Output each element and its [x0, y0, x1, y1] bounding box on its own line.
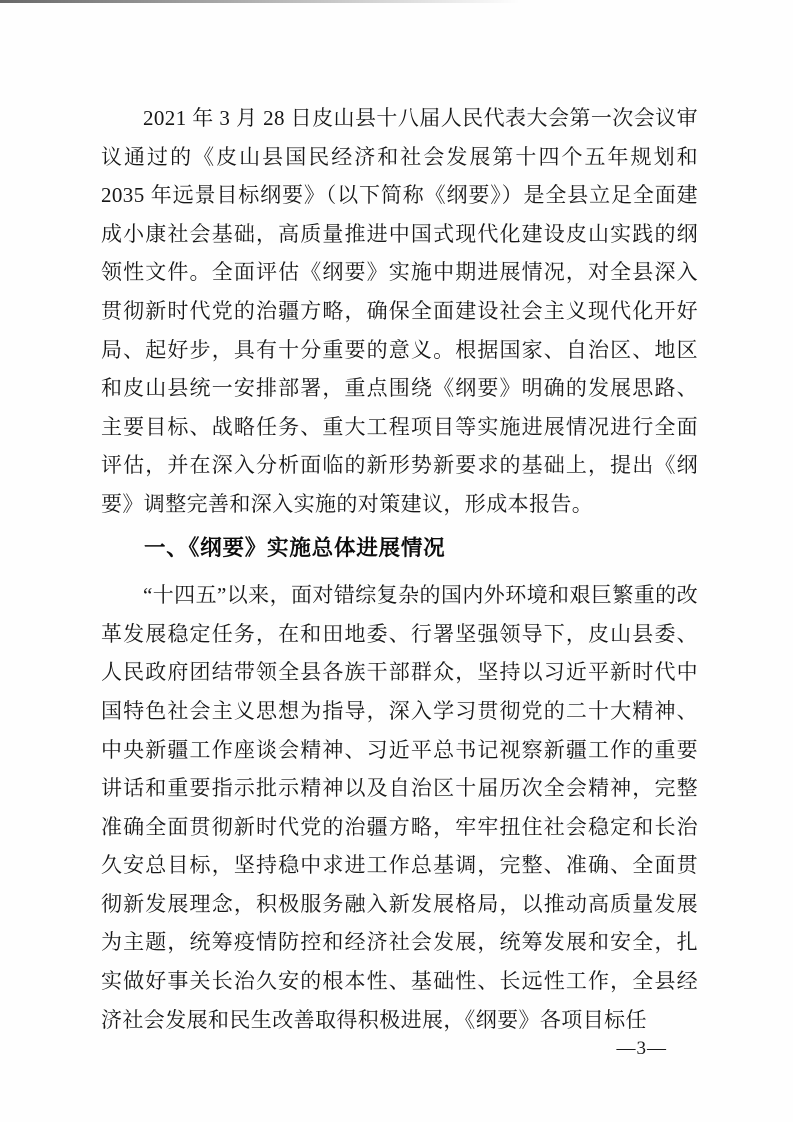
- document-content: 2021 年 3 月 28 日皮山县十八届人民代表大会第一次会议审议通过的《皮山…: [101, 99, 698, 1039]
- paragraph-section-1-progress: “十四五”以来，面对错综复杂的国内外环境和艰巨繁重的改革发展稳定任务，在和田地委…: [101, 576, 698, 1039]
- scan-edge-artifact: [0, 0, 520, 3]
- section-1-heading: 一、《纲要》实施总体进展情况: [101, 529, 698, 568]
- paragraph-introduction: 2021 年 3 月 28 日皮山县十八届人民代表大会第一次会议审议通过的《皮山…: [101, 99, 698, 524]
- page-number: —3—: [617, 1038, 668, 1060]
- document-page: 2021 年 3 月 28 日皮山县十八届人民代表大会第一次会议审议通过的《皮山…: [0, 0, 793, 1122]
